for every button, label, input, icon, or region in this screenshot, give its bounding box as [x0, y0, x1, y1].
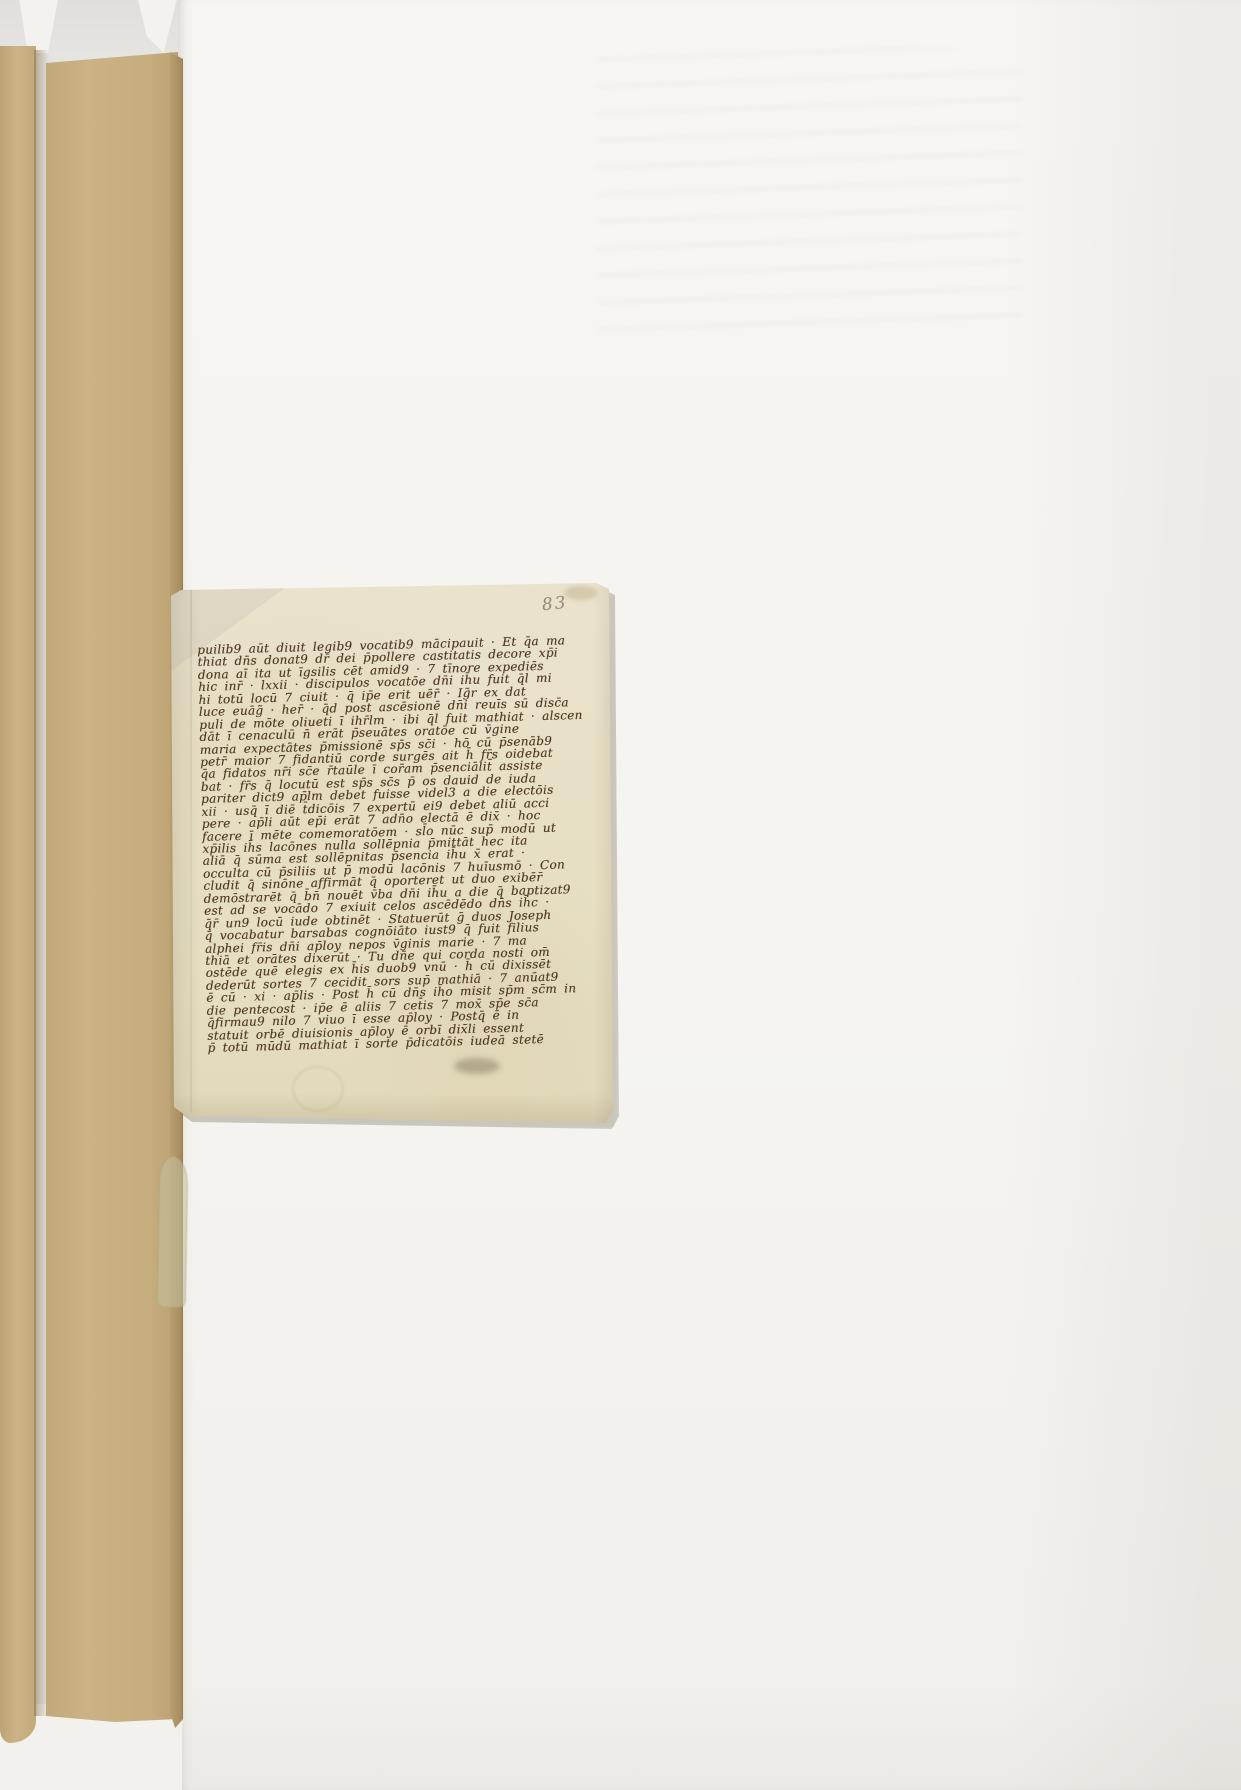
leaf-smudge-stain — [454, 1058, 500, 1074]
manuscript-leaf: 83 puilib9 aūt diuit legib9 vocatib9 māc… — [166, 580, 616, 1126]
leaf-fold-line — [190, 588, 192, 1112]
leaf-corner-stain — [564, 586, 598, 600]
verso-showthrough — [598, 48, 1022, 336]
manuscript-text: puilib9 aūt diuit legib9 vocatib9 mācipa… — [197, 633, 616, 1054]
manuscript-photo-page: 83 puilib9 aūt diuit legib9 vocatib9 māc… — [0, 0, 1241, 1790]
binding-guard-strip-main — [46, 48, 178, 1722]
folio-number: 83 — [541, 595, 568, 615]
parchment-stub — [157, 1156, 189, 1308]
leaf-ring-stain — [292, 1066, 344, 1112]
binding-guard-strip-outer — [0, 46, 36, 1743]
